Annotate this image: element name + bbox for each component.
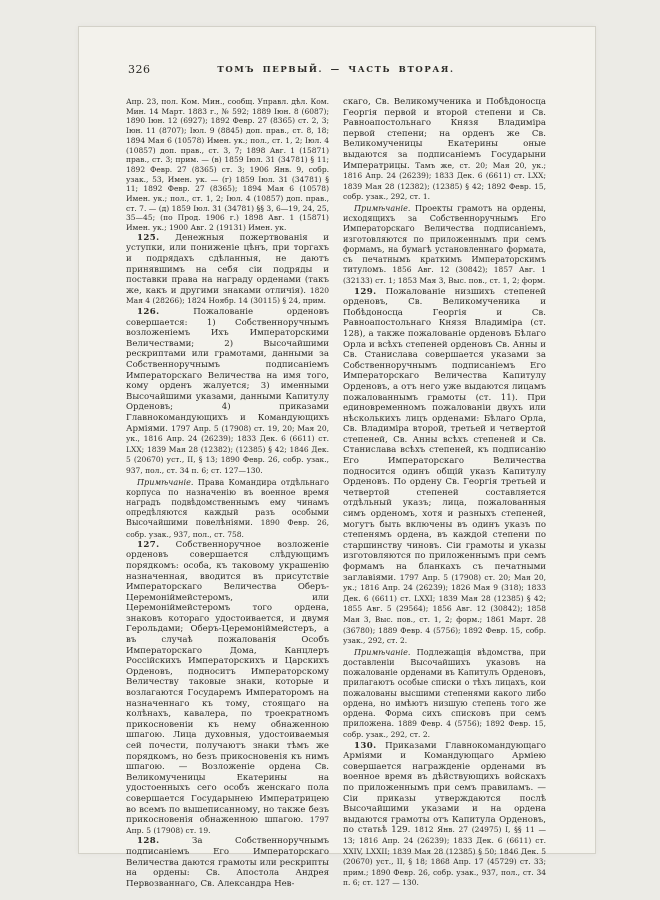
- article-paragraph: 129. Пожалованіе низшихъ степеней ордено…: [343, 287, 546, 647]
- text-columns: Апр. 23, пол. Ком. Мин., сообщ. Управл. …: [126, 97, 546, 889]
- page-number: 326: [128, 63, 151, 76]
- right-column: скаго, Св. Великомученика и Побѣдоносца …: [343, 97, 546, 889]
- note-paragraph: Примѣчаніе. Проекты грамотъ на ордены, и…: [343, 203, 546, 287]
- article-number: 125.: [137, 233, 160, 243]
- page-sheet: 326 ТОМЪ ПЕРВЫЙ. — ЧАСТЬ ВТОРАЯ. Апр. 23…: [78, 26, 596, 854]
- article-paragraph: 125. Денежныя пожертвованія и уступки, и…: [126, 233, 329, 307]
- article-paragraph: 130. Приказами Главнокомандующаго Арміям…: [343, 741, 546, 889]
- note-paragraph: Примѣчаніе. Права Командира отдѣльнаго к…: [126, 477, 329, 540]
- text-run: Пожалованіе низшихъ степеней орденовъ, С…: [343, 287, 546, 583]
- running-title: ТОМЪ ПЕРВЫЙ. — ЧАСТЬ ВТОРАЯ.: [126, 63, 546, 75]
- article-paragraph: 128. За Собственноручнымъ подписаніемъ Е…: [126, 836, 329, 889]
- article-number: 128.: [137, 836, 160, 846]
- left-column: Апр. 23, пол. Ком. Мин., сообщ. Управл. …: [126, 97, 329, 889]
- text-run: Собственноручное возложеніе орденовъ сов…: [126, 540, 329, 825]
- page-header: 326 ТОМЪ ПЕРВЫЙ. — ЧАСТЬ ВТОРАЯ.: [126, 63, 546, 97]
- article-number: 130.: [354, 741, 377, 751]
- page-content: 326 ТОМЪ ПЕРВЫЙ. — ЧАСТЬ ВТОРАЯ. Апр. 23…: [126, 63, 546, 889]
- text-run: Проекты грамотъ на ордены, исходящихъ за…: [343, 203, 546, 274]
- text-run: скаго, Св. Великомученика и Побѣдоносца …: [343, 97, 546, 171]
- scanned-book-page: { "colors": { "paper": "#f3f2ec", "ink":…: [0, 0, 660, 900]
- text-run: Пожалованіе орденовъ совершается: 1) Соб…: [126, 307, 329, 434]
- article-number: 127.: [137, 540, 160, 550]
- article-paragraph: скаго, Св. Великомученика и Побѣдоносца …: [343, 97, 546, 203]
- note-lead: Примѣчаніе.: [354, 647, 410, 657]
- citation-run: Апр. 23, пол. Ком. Мин., сообщ. Управл. …: [126, 97, 329, 232]
- note-lead: Примѣчаніе.: [354, 203, 410, 213]
- text-run: Подлежащія вѣдомства, при доставленіи Вы…: [343, 647, 546, 728]
- citation-paragraph: Апр. 23, пол. Ком. Мин., сообщ. Управл. …: [126, 97, 329, 233]
- note-paragraph: Примѣчаніе. Подлежащія вѣдомства, при до…: [343, 647, 546, 741]
- text-run: Приказами Главнокомандующаго Арміями и К…: [343, 741, 546, 836]
- citation-run: 1797 Апр. 5 (17908) ст. 20; Мая 20, ук.;…: [343, 573, 546, 646]
- article-number: 126.: [137, 307, 160, 317]
- article-paragraph: 127. Собственноручное возложеніе орденов…: [126, 540, 329, 837]
- article-number: 129.: [354, 287, 377, 297]
- note-lead: Примѣчаніе.: [137, 477, 193, 487]
- article-paragraph: 126. Пожалованіе орденовъ совершается: 1…: [126, 307, 329, 477]
